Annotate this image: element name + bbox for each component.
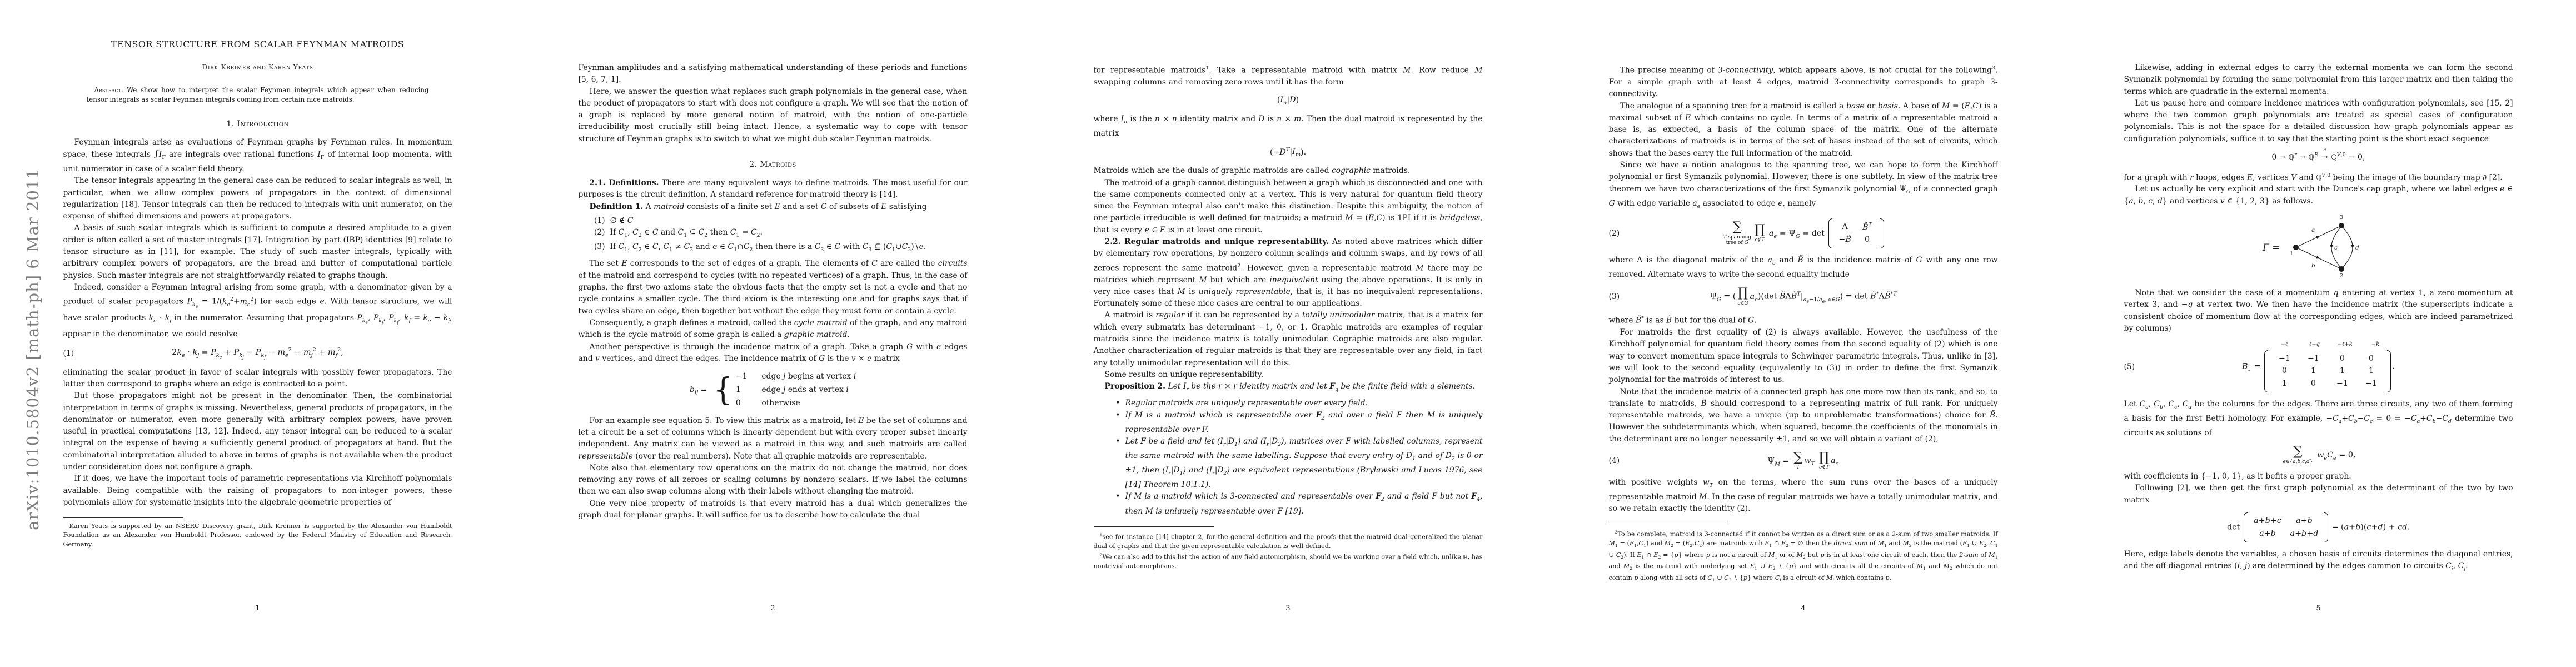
svg-text:b: b: [2311, 262, 2315, 269]
equation-body: bij = {−1edge j begins at vertex i1edge …: [690, 371, 856, 409]
footnote-block: Karen Yeats is supported by an NSERC Dis…: [63, 517, 452, 549]
list-marker: •: [1102, 410, 1125, 436]
svg-text:d: d: [2355, 245, 2359, 251]
list: •Regular matroids are uniquely represent…: [1102, 397, 1483, 517]
paragraph: with positive weights wT on the terms, w…: [1609, 477, 1998, 515]
paragraph: Another perspective is through the incid…: [579, 341, 968, 365]
list-item: •Regular matroids are uniquely represent…: [1102, 397, 1483, 409]
page-number: 3: [1285, 604, 1290, 613]
paragraph: eliminating the scalar product in favor …: [63, 367, 452, 391]
list-marker: (1): [586, 215, 610, 227]
equation-body: ∑e∈{a,b,c,d} weCe = 0,: [2281, 445, 2355, 465]
footnote-rule: [63, 517, 183, 518]
equation-body: ΨG = (∏e∈Gae)(det B̃ΛB̃T|ae←1/ae, e∈G) =…: [1710, 287, 1896, 306]
equation: (−DT|Im).: [1094, 146, 1483, 160]
paragraph: Indeed, consider a Feynman integral aris…: [63, 282, 452, 340]
paragraph: Consequently, a graph defines a matroid,…: [579, 317, 968, 341]
footnote-block: 3To be complete, matroid is 3-connected …: [1609, 524, 1998, 585]
footnote-block: 1see for instance [14] chapter 2, for th…: [1094, 526, 1483, 571]
list-marker: (2): [586, 227, 610, 241]
paragraph: for representable matroids1. Take a repr…: [1094, 62, 1483, 88]
page-body-3: for representable matroids1. Take a repr…: [1094, 0, 1483, 571]
equation-number: (4): [1609, 455, 1620, 466]
paragraph: A basis of such scalar integrals which i…: [63, 222, 452, 281]
dunce-cap-graph: Γ =abcd132: [2260, 212, 2377, 280]
paragraph: where Λ is the diagonal matrix of the ae…: [1609, 255, 1998, 281]
list-marker: (3): [586, 241, 610, 256]
equation-body: (In|D): [1277, 94, 1299, 107]
page-number: 2: [770, 604, 775, 613]
paragraph: For an example see equation 5. To view t…: [579, 415, 968, 462]
paragraph: But those propagators might not be prese…: [63, 390, 452, 473]
paragraph: Feynman integrals arise as evaluations o…: [63, 137, 452, 176]
footnote: 2We can also add to this list the action…: [1094, 551, 1483, 571]
paragraph: The set E corresponds to the set of edge…: [579, 258, 968, 317]
section-heading: 1. Introduction: [63, 120, 452, 128]
paragraph: One very nice property of matroids is th…: [579, 498, 968, 522]
equation: bij = {−1edge j begins at vertex i1edge …: [579, 371, 968, 409]
equation: (In|D): [1094, 94, 1483, 107]
paragraph: 2.1. Definitions. There are many equival…: [579, 177, 968, 201]
svg-text:a: a: [2311, 227, 2315, 233]
paper-canvas: arXiv:1010.5804v2 [math-ph] 6 Mar 2011 T…: [0, 0, 2576, 667]
paper-authors: Dirk Kreimer and Karen Yeats: [63, 63, 452, 71]
equation: (3)ΨG = (∏e∈Gae)(det B̃ΛB̃T|ae←1/ae, e∈G…: [1609, 287, 1998, 306]
page-4: The precise meaning of 3-connectivity, w…: [1546, 0, 2061, 667]
paragraph: Likewise, adding in external edges to ca…: [2124, 62, 2513, 98]
list-item: (1)∅ ∉ C: [586, 215, 968, 227]
paragraph: Note that the incidence matrix of a conn…: [1609, 386, 1998, 445]
equation: det a+b+ca+ba+ba+b+d = (a+b)(c+d) + cd.: [2124, 512, 2513, 542]
equation-body: ∑T spanningtree of G∏e∉T ae = ΨG = det Λ…: [1721, 218, 1885, 248]
list: (1)∅ ∉ C(2)If C1, C2 ∈ C and C1 ⊆ C2 the…: [586, 215, 968, 256]
footnote-rule: [1609, 524, 1729, 524]
list-text: Regular matroids are uniquely representa…: [1125, 397, 1483, 409]
list-text: Let F be a field and let (Ir|D1) and (Ir…: [1125, 436, 1483, 491]
svg-text:2: 2: [2340, 273, 2343, 279]
equation-number: (1): [63, 348, 74, 359]
paragraph: If it does, we have the important tools …: [63, 473, 452, 509]
paragraph: Matroids which are the duals of graphic …: [1094, 165, 1483, 177]
list-text: ∅ ∉ C: [610, 215, 968, 227]
page-number: 5: [2316, 604, 2320, 613]
paragraph: Following [2], we then get the first gra…: [2124, 482, 2513, 506]
paragraph: A matroid is regular if it can be repres…: [1094, 310, 1483, 369]
svg-text:Γ =: Γ =: [2262, 242, 2280, 253]
equation-body: 0 → ℚr → ℚE ∂→ ℚV,0 → 0,: [2271, 151, 2365, 163]
list-text: If M is a matroid which is 3-connected a…: [1125, 491, 1483, 517]
list-text: If M is a matroid which is representable…: [1125, 410, 1483, 436]
equation-body: (−DT|Im).: [1270, 146, 1306, 160]
paragraph: Note that we consider the case of a mome…: [2124, 287, 2513, 335]
equation-body: 2ke · kj = Pke + Pkj − Pkf − me2 − mj2 +…: [172, 346, 343, 361]
equation-body: BΓ = −ℓℓ+q−ℓ+k−k−1−100011110−1−1.: [2242, 341, 2395, 392]
equation: 0 → ℚr → ℚE ∂→ ℚV,0 → 0,: [2124, 151, 2513, 163]
page-5: Likewise, adding in external edges to ca…: [2061, 0, 2576, 667]
paragraph: Let us actually be very explicit and sta…: [2124, 183, 2513, 207]
paragraph: For matroids the first equality of (2) i…: [1609, 327, 1998, 386]
paragraph: where In is the n × n identity matrix an…: [1094, 113, 1483, 140]
equation: (5)BΓ = −ℓℓ+q−ℓ+k−k−1−100011110−1−1.: [2124, 341, 2513, 392]
paragraph: Let us pause here and compare incidence …: [2124, 98, 2513, 145]
equation: (2)∑T spanningtree of G∏e∉T ae = ΨG = de…: [1609, 218, 1998, 248]
svg-text:1: 1: [2290, 251, 2293, 257]
page-body-5: Likewise, adding in external edges to ca…: [2124, 0, 2513, 575]
list-text: If C1, C2 ∈ C, C1 ≠ C2 and e ∈ C1∩C2 the…: [610, 241, 968, 256]
paragraph: Here, edge labels denote the variables, …: [2124, 549, 2513, 575]
paragraph: where B̃* is as B̃ but for the dual of G…: [1609, 312, 1998, 327]
paragraph: Let Ca, Cb, Cc, Cd be the columns for th…: [2124, 399, 2513, 439]
paper-title: TENSOR STRUCTURE FROM SCALAR FEYNMAN MAT…: [63, 39, 452, 49]
page-1: TENSOR STRUCTURE FROM SCALAR FEYNMAN MAT…: [0, 0, 515, 667]
equation: (1)2ke · kj = Pke + Pkj − Pkf − me2 − mj…: [63, 346, 452, 361]
paragraph: Here, we answer the question what replac…: [579, 86, 968, 145]
list-marker: •: [1102, 491, 1125, 517]
footnote: Karen Yeats is supported by an NSERC Dis…: [63, 522, 452, 549]
paragraph: The tensor integrals appearing in the ge…: [63, 175, 452, 222]
figure-dunce-cap: Γ =abcd132: [2124, 212, 2513, 282]
list-item: •If M is a matroid which is 3-connected …: [1102, 491, 1483, 517]
svg-text:c: c: [2334, 245, 2338, 251]
page-3: for representable matroids1. Take a repr…: [1030, 0, 1546, 667]
footnote: 1see for instance [14] chapter 2, for th…: [1094, 531, 1483, 551]
page-2: Feynman amplitudes and a satisfying math…: [515, 0, 1030, 667]
paragraph: Since we have a notion analogous to the …: [1609, 160, 1998, 212]
page-body-2: Feynman amplitudes and a satisfying math…: [579, 0, 968, 521]
equation: (4)ΨM = ∑TwT ∏e∉Tae: [1609, 451, 1998, 471]
footnote: 3To be complete, matroid is 3-connected …: [1609, 528, 1998, 585]
page-body-4: The precise meaning of 3-connectivity, w…: [1609, 0, 1998, 585]
equation-number: (3): [1609, 291, 1620, 302]
page-number: 4: [1801, 604, 1805, 613]
pages-row: TENSOR STRUCTURE FROM SCALAR FEYNMAN MAT…: [0, 0, 2576, 667]
svg-text:3: 3: [2340, 215, 2343, 221]
equation-body: ΨM = ∑TwT ∏e∉Tae: [1768, 451, 1839, 471]
paragraph: Feynman amplitudes and a satisfying math…: [579, 62, 968, 86]
footnote-rule: [1094, 526, 1214, 527]
paragraph: Note also that elementary row operations…: [579, 462, 968, 498]
paragraph: The analogue of a spanning tree for a ma…: [1609, 101, 1998, 160]
section-heading: 2. Matroids: [579, 160, 968, 169]
page-body-1: TENSOR STRUCTURE FROM SCALAR FEYNMAN MAT…: [63, 0, 452, 549]
paragraph: with coefficients in {−1, 0, 1}, as it b…: [2124, 471, 2513, 482]
list-item: (2)If C1, C2 ∈ C and C1 ⊆ C2 then C1 = C…: [586, 227, 968, 241]
list-marker: •: [1102, 397, 1125, 409]
list-item: (3)If C1, C2 ∈ C, C1 ≠ C2 and e ∈ C1∩C2 …: [586, 241, 968, 256]
paper-abstract: Abstract. We show how to interpret the s…: [87, 86, 429, 104]
list-text: If C1, C2 ∈ C and C1 ⊆ C2 then C1 = C2.: [610, 227, 968, 241]
equation-number: (2): [1609, 228, 1620, 239]
page-number: 1: [255, 604, 260, 613]
paragraph: Definition 1. A matroid consists of a fi…: [579, 201, 968, 213]
equation-body: det a+b+ca+ba+ba+b+d = (a+b)(c+d) + cd.: [2227, 512, 2410, 542]
paragraph: Some results on unique representability.: [1094, 369, 1483, 381]
paragraph: 2.2. Regular matroids and unique represe…: [1094, 236, 1483, 310]
list-item: •Let F be a field and let (Ir|D1) and (I…: [1102, 436, 1483, 491]
paragraph: Proposition 2. Let Ir be the r × r ident…: [1094, 381, 1483, 395]
list-marker: •: [1102, 436, 1125, 491]
equation-number: (5): [2124, 361, 2135, 372]
list-item: •If M is a matroid which is representabl…: [1102, 410, 1483, 436]
paragraph: The precise meaning of 3-connectivity, w…: [1609, 62, 1998, 101]
paragraph: for a graph with r loops, edges E, verti…: [2124, 170, 2513, 184]
paragraph: The matroid of a graph cannot distinguis…: [1094, 177, 1483, 236]
equation: ∑e∈{a,b,c,d} weCe = 0,: [2124, 445, 2513, 465]
